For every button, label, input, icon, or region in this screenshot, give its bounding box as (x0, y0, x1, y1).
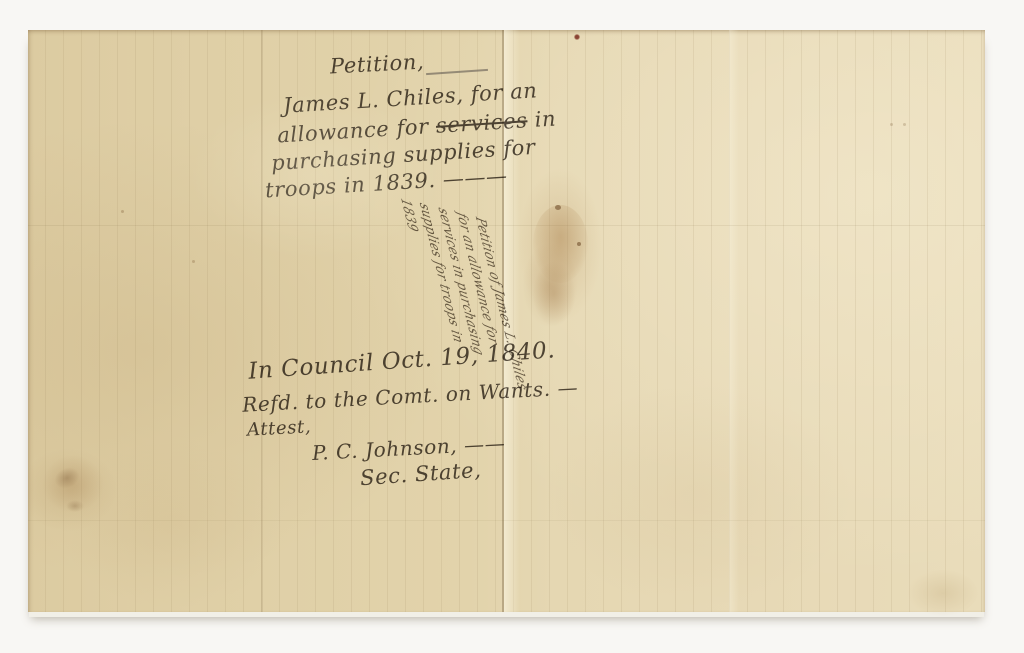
corner-discoloration (908, 570, 978, 616)
struck-word-services: services (435, 108, 528, 138)
horizontal-crease-upper (28, 225, 985, 226)
attest-label: Attest, (246, 416, 311, 440)
fold-crease-right (729, 30, 739, 612)
stain-bottom-left-smudge (51, 463, 83, 492)
ink-speck (577, 242, 581, 246)
ink-speck (890, 123, 893, 126)
scan-background: { "canvas": { "background": "#f8f7f4" },… (0, 0, 1024, 653)
endorsement-line-2-suffix: in (527, 106, 557, 132)
stain-bottom-left (42, 455, 104, 513)
ink-speck (121, 210, 124, 213)
secretary-title: Sec. State, (359, 458, 482, 490)
stain-bottom-left-spot (66, 500, 84, 512)
fold-crease-left (261, 30, 263, 612)
title-flourish-line (426, 69, 488, 75)
horizontal-crease-lower (28, 520, 985, 521)
red-ink-dot (574, 34, 580, 40)
ink-stain-center-lower (533, 262, 575, 326)
ink-stain-center (533, 205, 588, 283)
ink-speck (192, 260, 195, 263)
endorsement-title: Petition, (329, 50, 424, 79)
petition-paper-sheet: Petition, James L. Chiles, for an allowa… (28, 30, 985, 612)
ink-speck (555, 205, 561, 210)
ink-speck (903, 123, 906, 126)
